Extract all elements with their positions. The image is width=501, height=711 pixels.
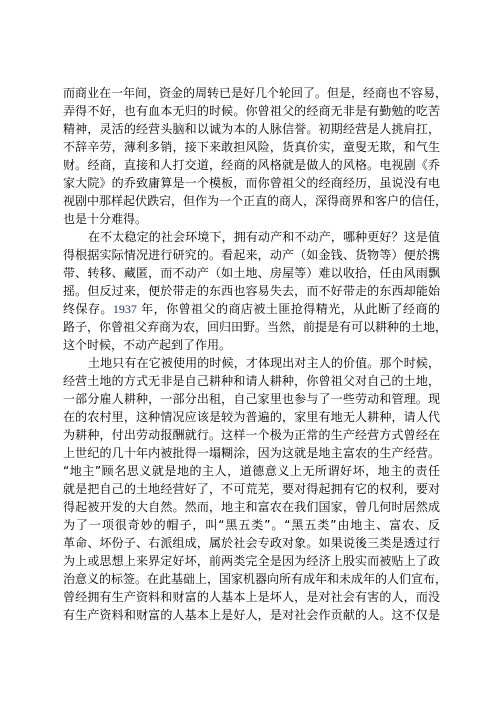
text-segment: 终保存。 — [63, 302, 113, 316]
text-line: 带、转移、藏匿，而不动产（如土地、房屋等）难以收拾，任由风雨飘 — [63, 264, 440, 282]
year-1937: 1937 — [113, 302, 137, 316]
text-line: 而商业在一年间，资金的周转已是好几个轮回了。但是，经商也不容易， — [63, 84, 440, 102]
text-line: 在的农村里，这种情况应该是较为普遍的，家里有地无人耕种，请人代 — [63, 408, 440, 426]
text-line: 摇。但反过来，便於带走的东西也容易失去，而不好带走的东西却能始 — [63, 282, 440, 300]
text-line: 曾经拥有生产资料和财富的人基本上是坏人，是对社会有害的人，而没 — [63, 588, 440, 606]
text-line-with-year: 终保存。1937 年，你曾祖父的商店被土匪抢得精光，从此断了经商的 — [63, 300, 440, 318]
text-line: 为耕种，付出劳动报酬就行。这样一个极为正常的生产经营方式曾经在 — [63, 426, 440, 444]
text-line: 经营土地的方式无非是自己耕种和请人耕种，你曾祖父对自己的土地， — [63, 372, 440, 390]
text-line: “地主”顾名思义就是地的主人，道德意义上无所谓好坏，地主的责任 — [63, 462, 440, 480]
text-line: 财。经商，直接和人打交道，经商的风格就是做人的风格。电视剧《乔 — [63, 156, 440, 174]
text-line: 革命、坏份子、右派组成，属於社会专政对象。如果说後三类是透过行 — [63, 534, 440, 552]
text-segment: 年，你曾祖父的商店被土匪抢得精光，从此断了经商的 — [137, 302, 440, 316]
text-line: 得根据实际情况进行研究的。看起来，动产（如金钱、货物等）便於携 — [63, 246, 440, 264]
text-line: 就是把自己的土地经营好了，不可荒芜，要对得起拥有它的权利，要对 — [63, 480, 440, 498]
text-line: 一部分雇人耕种，一部分出租，自己家里也参与了一些劳动和管理。现 — [63, 390, 440, 408]
text-line: 为上或思想上来界定好坏，前两类完全是因为经济上殷实而被贴上了政 — [63, 552, 440, 570]
text-line: 为了一项很奇妙的帽子，叫“黑五类”。“黑五类”由地主、富农、反 — [63, 516, 440, 534]
text-line: 不辞辛劳，薄利多销，接下来敢担风险，货真价实，童叟无欺，和气生 — [63, 138, 440, 156]
text-line: 治意义的标签。在此基础上，国家机器向所有成年和未成年的人们宣布， — [63, 570, 440, 588]
text-line: 视剧中那样起伏跌宕，但作为一个正直的商人，深得商界和客户的信任， — [63, 192, 440, 210]
text-line: 上世纪的几十年内被批得一塌糊涂，因为这就是地主富农的生产经营。 — [63, 444, 440, 462]
document-page: 而商业在一年间，资金的周转已是好几个轮回了。但是，经商也不容易， 弄得不好，也有… — [0, 0, 501, 711]
text-line: 得起被开发的大自然。然而，地主和富农在我们国家，曾几何时居然成 — [63, 498, 440, 516]
text-line-paragraph-end: 这个时候，不动产起到了作用。 — [63, 336, 440, 354]
text-line-paragraph-end: 也是十分难得。 — [63, 210, 440, 228]
text-line: 家大院》的乔致庸算是一个模板，而你曾祖父的经商经历，虽说没有电 — [63, 174, 440, 192]
text-line: 有生产资料和财富的人基本上是好人，是对社会作贡献的人。这不仅是 — [63, 606, 440, 624]
document-text-block: 而商业在一年间，资金的周转已是好几个轮回了。但是，经商也不容易， 弄得不好，也有… — [63, 84, 440, 624]
text-line: 弄得不好，也有血本无归的时候。你曾祖父的经商无非是有勤勉的吃苦 — [63, 102, 440, 120]
text-line: 路子，你曾祖父弃商为农，回归田野。当然，前提是有可以耕种的土地， — [63, 318, 440, 336]
text-line-paragraph-start: 在不太稳定的社会环境下，拥有动产和不动产，哪种更好？这是值 — [63, 228, 440, 246]
text-line-paragraph-start: 土地只有在它被使用的时候，才体现出对主人的价值。那个时候， — [63, 354, 440, 372]
text-line: 精神，灵活的经营头脑和以诚为本的人脉信誉。初期经营是人挑肩扛， — [63, 120, 440, 138]
